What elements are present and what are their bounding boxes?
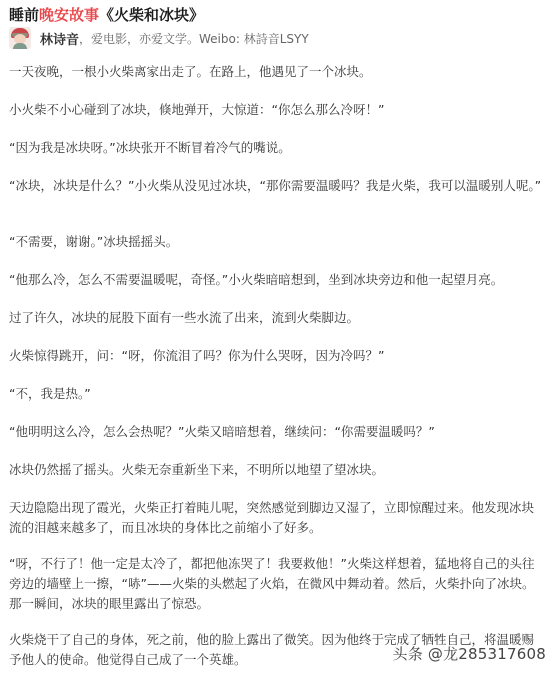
paragraph-9: “不，我是热。” xyxy=(9,384,545,404)
paragraph-7: 过了许久，冰块的屁股下面有一些水流了出来，流到火柴脚边。 xyxy=(9,308,545,328)
author-name[interactable]: 林诗音 xyxy=(40,29,79,48)
paragraph-1: 一天夜晚，一根小火柴离家出走了。在路上，他遇见了一个冰块。 xyxy=(9,62,545,82)
watermark: 头条 @龙285317608 xyxy=(393,643,546,664)
paragraph-8: 火柴惊得跳开，问：“呀，你流泪了吗？你为什么哭呀，因为冷吗？” xyxy=(9,346,545,366)
paragraph-12: 天边隐隐出现了霞光，火柴正打着盹儿呢，突然感觉到脚边又湿了，立即惊醒过来。他发现… xyxy=(9,498,545,538)
paragraph-4: “冰块，冰块是什么？”小火柴从没见过冰块，“那你需要温暖吗？我是火柴，我可以温暖… xyxy=(9,176,545,196)
paragraph-3: “因为我是冰块呀。”冰块张开不断冒着冷气的嘴说。 xyxy=(9,138,545,158)
title-prefix: 睡前 xyxy=(9,6,39,24)
paragraph-13: “呀，不行了！他一定是太冷了，都把他冻哭了！我要救他！”火柴这样想着，猛地将自己… xyxy=(9,554,545,614)
title-suffix: 《火柴和冰块》 xyxy=(99,6,204,24)
paragraph-10: “他明明这么冷，怎么会热呢？”火柴又暗暗想着，继续问：“你需要温暖吗？” xyxy=(9,422,545,442)
article-title: 睡前晚安故事《火柴和冰块》 xyxy=(9,4,204,25)
paragraph-2: 小火柴不小心碰到了冰块，倏地弹开，大惊道：“你怎么那么冷呀！” xyxy=(9,100,545,120)
avatar-icon[interactable] xyxy=(9,27,31,49)
paragraph-11: 冰块仍然摇了摇头。火柴无奈重新坐下来，不明所以地望了望冰块。 xyxy=(9,460,545,480)
author-row: 林诗音 ，爱电影，亦爱文学。Weibo: 林詩音LSYY xyxy=(9,27,309,49)
title-highlight: 晚安故事 xyxy=(39,6,99,24)
paragraph-6: “他那么冷，怎么不需要温暖呢，奇怪。”小火柴暗暗想到，坐到冰块旁边和他一起望月亮… xyxy=(9,270,545,290)
author-bio: ，爱电影，亦爱文学。Weibo: 林詩音LSYY xyxy=(79,30,309,47)
paragraph-5: “不需要，谢谢。”冰块摇摇头。 xyxy=(9,232,545,252)
